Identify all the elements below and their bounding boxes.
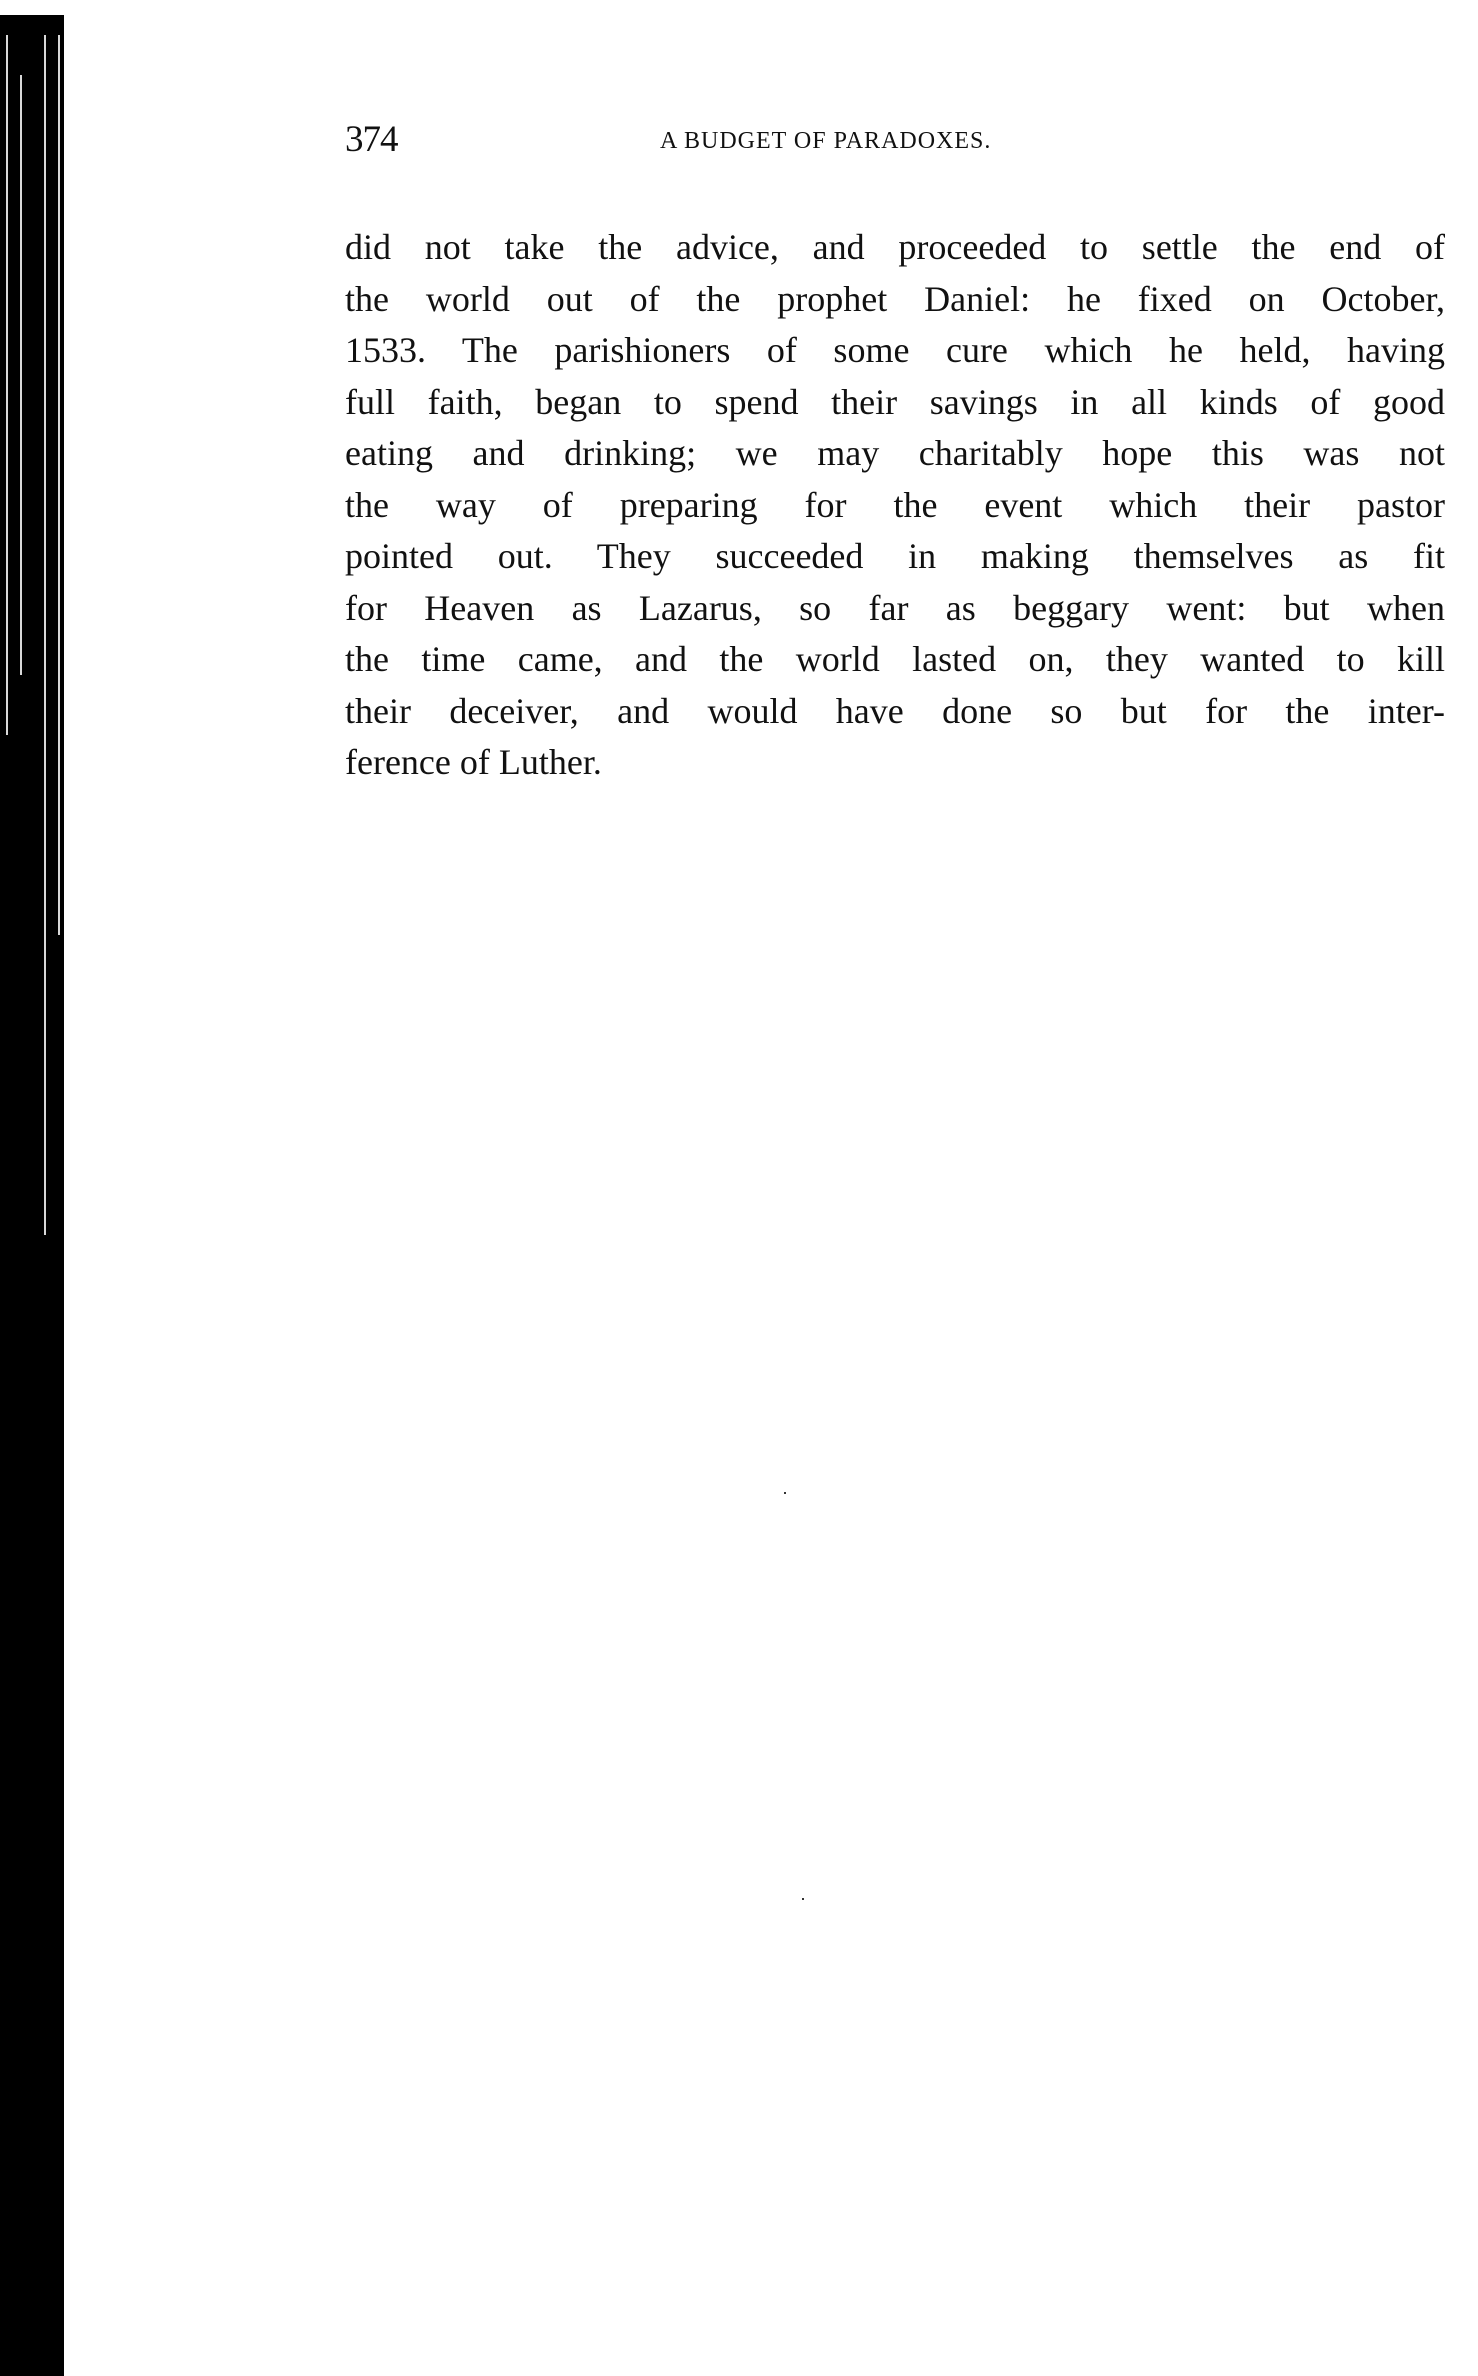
text-line: did not take the advice, and proceeded t…: [345, 222, 1445, 274]
text-line: eating and drinking; we may charitably h…: [345, 428, 1445, 480]
text-line: the time came, and the world lasted on, …: [345, 634, 1445, 686]
text-line: their deceiver, and would have done so b…: [345, 686, 1445, 738]
scan-speck: [784, 1492, 786, 1494]
text-line: for Heaven as Lazarus, so far as beggary…: [345, 583, 1445, 635]
text-line: full faith, began to spend their savings…: [345, 377, 1445, 429]
scan-streak: [20, 75, 22, 675]
book-binding-edge: [0, 15, 64, 2376]
text-line: pointed out. They succeeded in making th…: [345, 531, 1445, 583]
text-line: the world out of the prophet Daniel: he …: [345, 274, 1445, 326]
page-header: 374 A BUDGET OF PARADOXES.: [345, 118, 1445, 168]
text-line: 1533. The parishioners of some cure whic…: [345, 325, 1445, 377]
text-line: the way of preparing for the event which…: [345, 480, 1445, 532]
running-title: A BUDGET OF PARADOXES.: [660, 128, 991, 155]
page-number: 374: [345, 118, 398, 161]
body-paragraph: did not take the advice, and proceeded t…: [345, 222, 1445, 789]
text-line: ference of Luther.: [345, 737, 1445, 789]
scan-streak: [58, 35, 60, 935]
scan-speck: [802, 1898, 804, 1900]
scan-streak: [44, 35, 46, 1235]
scan-streak: [6, 35, 8, 735]
